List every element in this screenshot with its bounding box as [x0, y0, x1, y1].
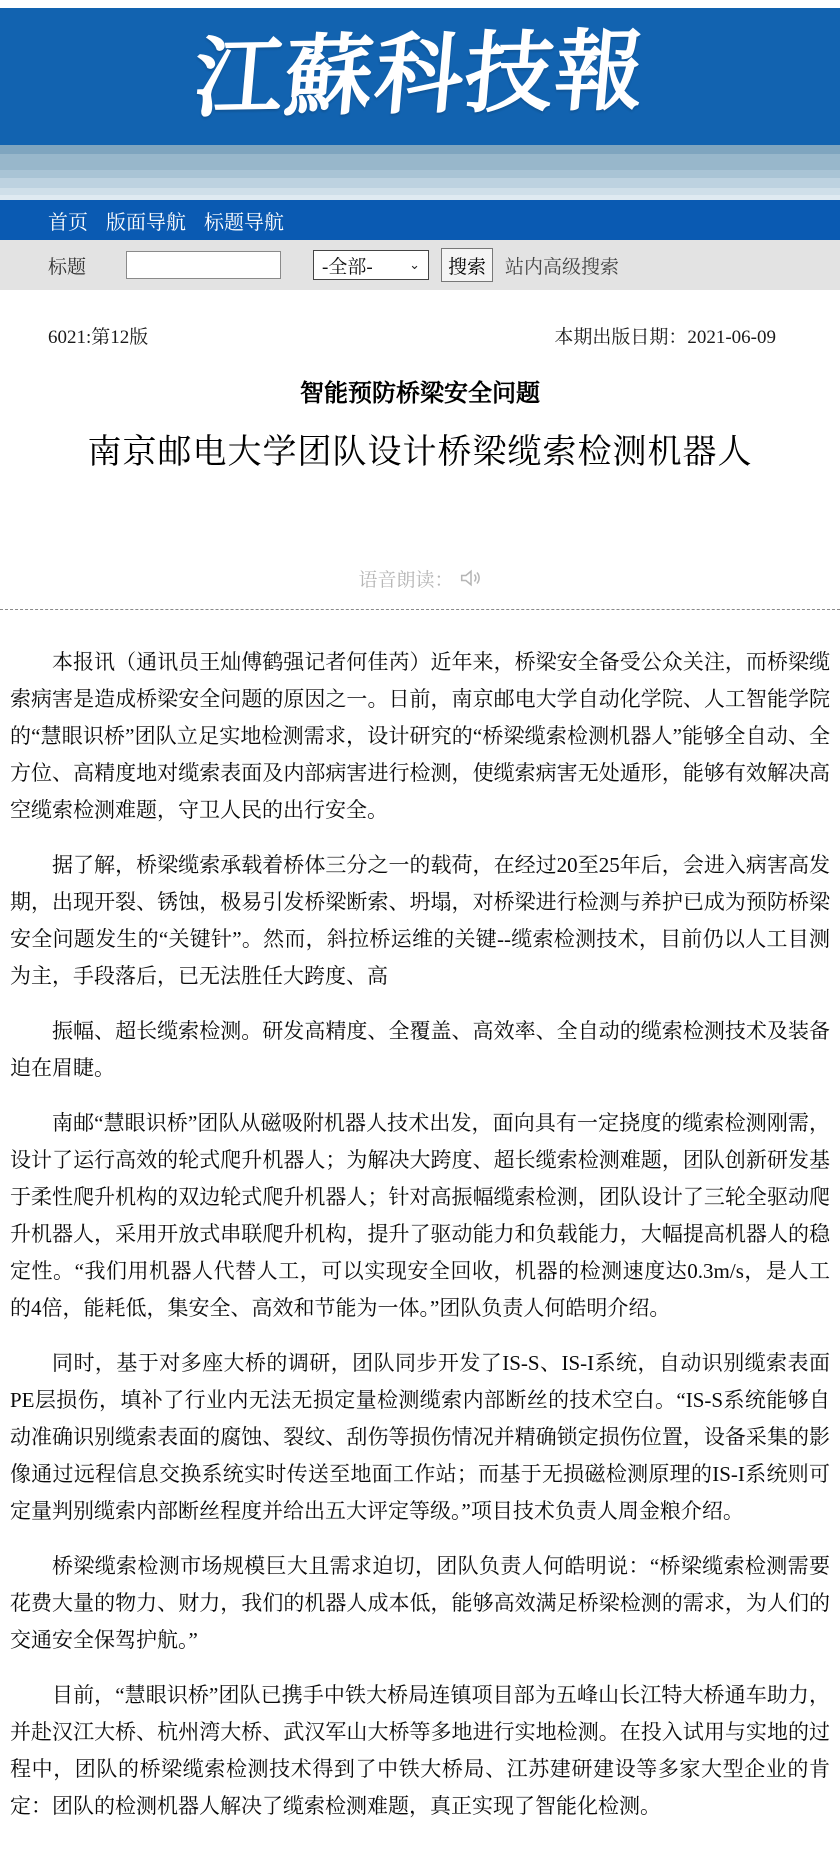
decorative-stripes — [0, 145, 840, 200]
advanced-search-link[interactable]: 站内高级搜索 — [505, 252, 619, 279]
article-paragraph: 南邮“慧眼识桥”团队从磁吸附机器人技术出发，面向具有一定挠度的缆索检测刚需，设计… — [10, 1105, 830, 1327]
search-bar: 标题 -全部- ⌄ 搜索 站内高级搜索 — [0, 240, 840, 290]
search-scope-value: -全部- — [322, 252, 373, 279]
speaker-icon[interactable] — [460, 568, 482, 588]
search-scope-select[interactable]: -全部- ⌄ — [313, 250, 429, 280]
top-white-strip — [0, 0, 840, 8]
article-paragraph: 本报讯（通讯员王灿傅鹤强记者何佳芮）近年来，桥梁安全备受公众关注，而桥梁缆索病害… — [10, 644, 830, 829]
article-paragraph: 同时，基于对多座大桥的调研，团队同步开发了IS-S、IS-I系统，自动识别缆索表… — [10, 1345, 830, 1530]
article-body: 本报讯（通讯员王灿傅鹤强记者何佳芮）近年来，桥梁安全备受公众关注，而桥梁缆索病害… — [0, 644, 840, 1873]
chevron-down-icon: ⌄ — [409, 257, 420, 273]
masthead-banner: 江蘇科技報 — [0, 8, 840, 145]
article-title: 南京邮电大学团队设计桥梁缆索检测机器人 — [0, 424, 840, 473]
nav-item[interactable]: 版面导航 — [106, 206, 186, 235]
tts-row: 语音朗读： — [0, 565, 840, 591]
search-button[interactable]: 搜索 — [441, 248, 493, 282]
main-nav: 首页版面导航标题导航 — [0, 200, 840, 240]
newspaper-logo: 江蘇科技報 — [191, 29, 649, 125]
image-placeholder-gap — [0, 473, 840, 565]
issue-date-label: 本期出版日期：2021-06-09 — [554, 322, 776, 349]
article-kicker: 智能预防桥梁安全问题 — [0, 373, 840, 408]
search-input[interactable] — [126, 251, 281, 279]
nav-item[interactable]: 标题导航 — [204, 206, 284, 235]
article-paragraph: 桥梁缆索检测市场规模巨大且需求迫切，团队负责人何皓明说：“桥梁缆索检测需要花费大… — [10, 1548, 830, 1659]
dashed-divider — [0, 609, 840, 610]
article-paragraph: 据了解，桥梁缆索承载着桥体三分之一的载荷，在经过20至25年后，会进入病害高发期… — [10, 847, 830, 995]
tts-label: 语音朗读： — [358, 565, 453, 592]
search-label: 标题 — [48, 252, 86, 279]
issue-page-label: 6021:第12版 — [48, 322, 148, 349]
article-paragraph: 振幅、超长缆索检测。研发高精度、全覆盖、高效率、全自动的缆索检测技术及装备迫在眉… — [10, 1013, 830, 1087]
nav-item[interactable]: 首页 — [48, 206, 88, 235]
issue-info-row: 6021:第12版 本期出版日期：2021-06-09 — [0, 322, 840, 349]
article-paragraph: 目前，“慧眼识桥”团队已携手中铁大桥局连镇项目部为五峰山长江特大桥通车助力，并赴… — [10, 1677, 830, 1825]
